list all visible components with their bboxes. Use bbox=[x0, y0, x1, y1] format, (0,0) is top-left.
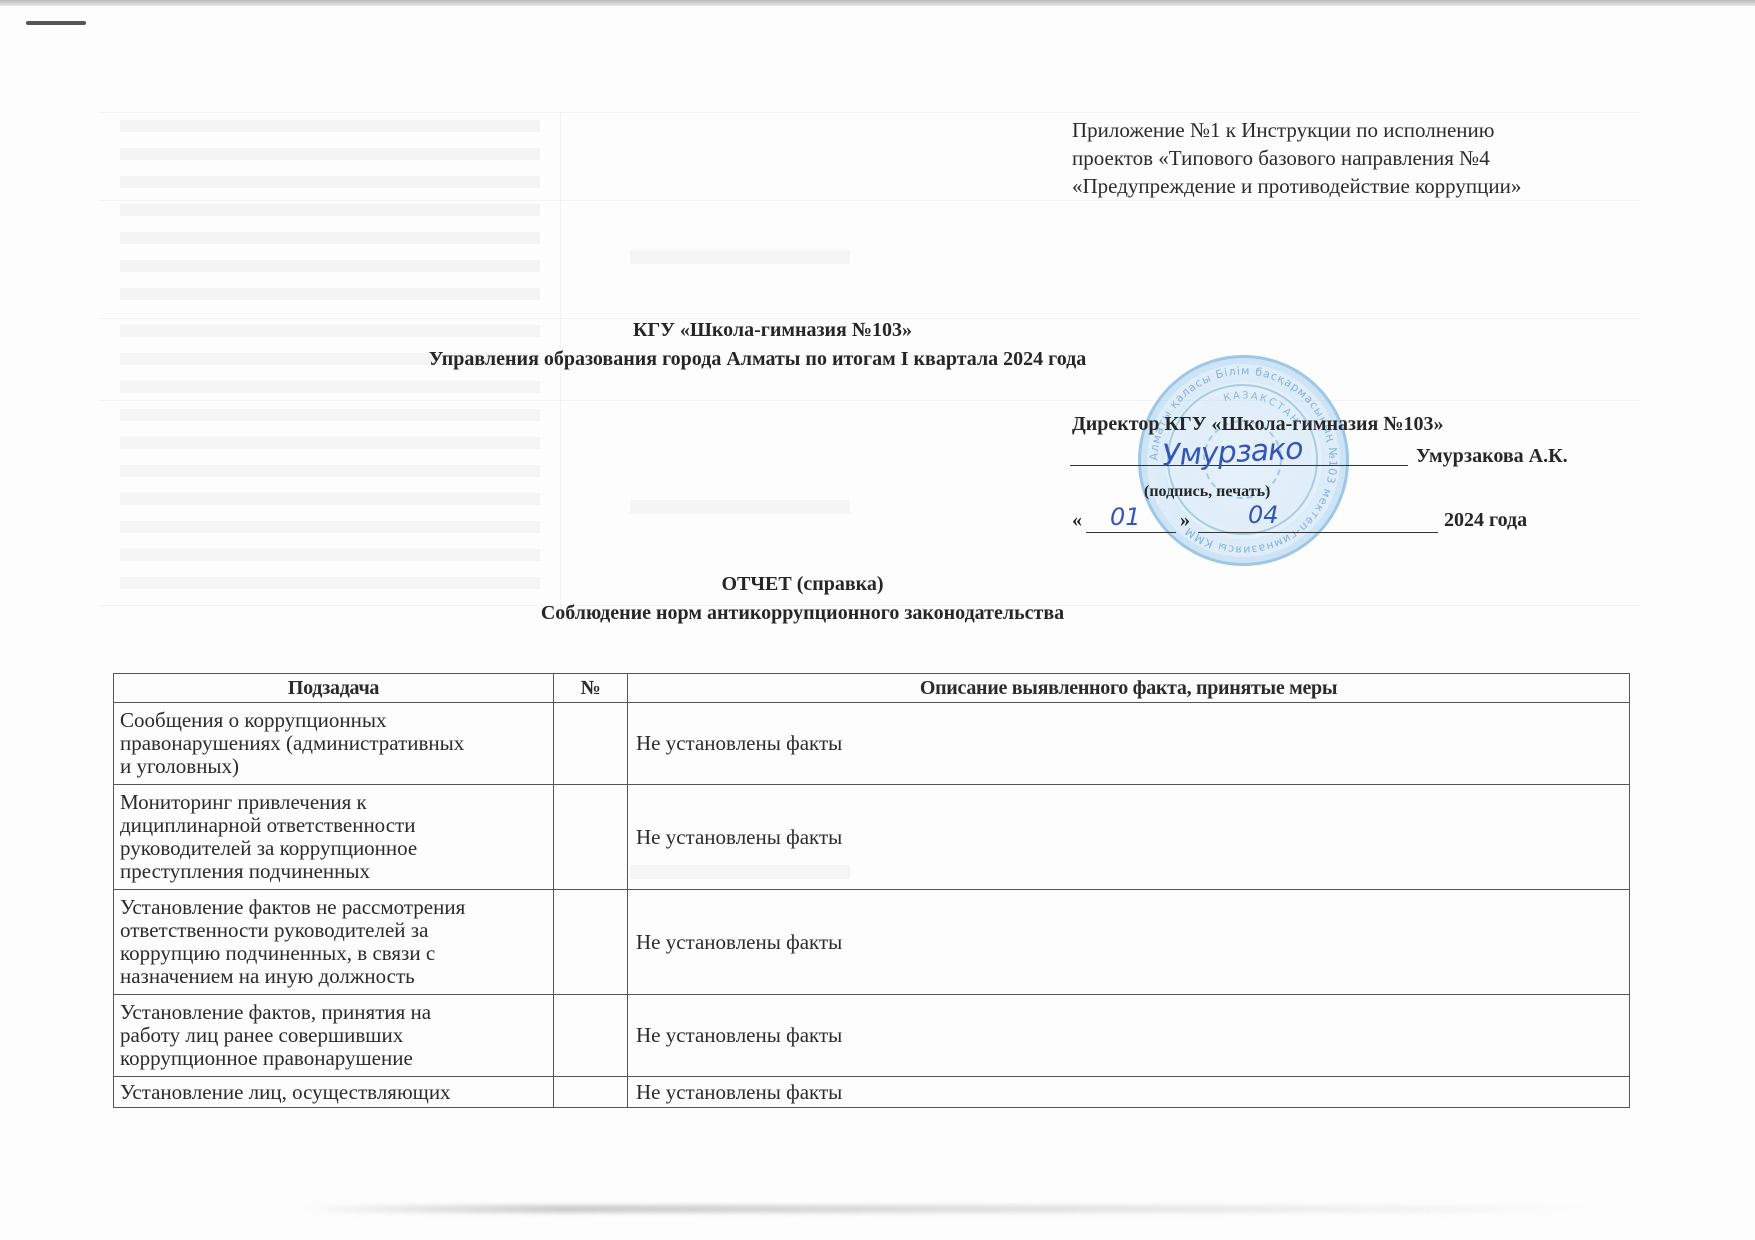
result-cell: Не установлены факты bbox=[628, 1077, 1630, 1108]
number-cell bbox=[554, 890, 628, 995]
number-cell bbox=[554, 785, 628, 890]
report-subtitle: Соблюдение норм антикоррупционного закон… bbox=[0, 599, 1755, 628]
handwritten-month: 04 bbox=[1248, 501, 1279, 529]
organization-heading: КГУ «Школа-гимназия №103» Управления обр… bbox=[0, 316, 1755, 374]
appendix-line: проектов «Типового базового направления … bbox=[1072, 144, 1521, 172]
table-row: Сообщения о коррупционных правонарушения… bbox=[114, 703, 1630, 785]
report-heading: ОТЧЕТ (справка) Соблюдение норм антикорр… bbox=[0, 570, 1755, 628]
table-row: Установление лиц, осуществляющих Не уста… bbox=[114, 1077, 1630, 1108]
report-title: ОТЧЕТ (справка) bbox=[0, 570, 1755, 599]
header-subtask: Подзадача bbox=[114, 674, 554, 703]
handwritten-day: 01 bbox=[1110, 503, 1141, 531]
subtask-line: правонарушениях (административных bbox=[120, 732, 547, 755]
appendix-line: «Предупреждение и противодействие корруп… bbox=[1072, 172, 1521, 200]
number-cell bbox=[554, 1077, 628, 1108]
table-header-row: Подзадача № Описание выявленного факта, … bbox=[114, 674, 1630, 703]
subtask-line: преступления подчиненных bbox=[120, 860, 547, 883]
director-name: Умурзакова А.К. bbox=[1416, 445, 1568, 468]
subtask-line: руководителей за коррупционное bbox=[120, 837, 547, 860]
table-row: Установление фактов, принятия на работу … bbox=[114, 995, 1630, 1077]
appendix-reference: Приложение №1 к Инструкции по исполнению… bbox=[1072, 116, 1521, 200]
director-title: Директор КГУ «Школа-гимназия №103» bbox=[1072, 413, 1443, 436]
subtask-cell: Сообщения о коррупционных правонарушения… bbox=[114, 703, 554, 785]
month-line bbox=[1198, 532, 1438, 533]
signature-caption: (подпись, печать) bbox=[1144, 483, 1270, 501]
report-table: Подзадача № Описание выявленного факта, … bbox=[113, 673, 1630, 1108]
approval-date: « 01 » 04 2024 года bbox=[1072, 509, 1572, 539]
date-quote-open: « bbox=[1072, 509, 1082, 532]
table-row: Мониторинг привлечения к дициплинарной о… bbox=[114, 785, 1630, 890]
subtask-line: коррупционное правонарушение bbox=[120, 1047, 547, 1070]
table-row: Установление фактов не рассмотрения отве… bbox=[114, 890, 1630, 995]
scan-edge-bottom bbox=[300, 1205, 1600, 1213]
subtask-line: коррупцию подчиненных, в связи с bbox=[120, 942, 547, 965]
subtask-line: и уголовных) bbox=[120, 755, 547, 778]
subtask-line: Сообщения о коррупционных bbox=[120, 709, 547, 732]
subtask-line: назначением на иную должность bbox=[120, 965, 547, 988]
subtask-line: Установление фактов не рассмотрения bbox=[120, 896, 547, 919]
scan-mark bbox=[26, 21, 86, 25]
organization-name: КГУ «Школа-гимназия №103» bbox=[0, 316, 1755, 345]
subtask-cell: Установление фактов, принятия на работу … bbox=[114, 995, 554, 1077]
subtask-line: работу лиц ранее совершивших bbox=[120, 1024, 547, 1047]
header-description: Описание выявленного факта, принятые мер… bbox=[628, 674, 1630, 703]
handwritten-signature: Умурзако bbox=[1161, 431, 1303, 473]
header-number: № bbox=[554, 674, 628, 703]
subtask-line: Мониторинг привлечения к bbox=[120, 791, 547, 814]
scan-edge-top bbox=[0, 0, 1755, 6]
organization-subtitle: Управления образования города Алматы по … bbox=[0, 345, 1755, 374]
number-cell bbox=[554, 703, 628, 785]
day-line bbox=[1086, 532, 1176, 533]
result-cell: Не установлены факты bbox=[628, 785, 1630, 890]
subtask-line: Установление лиц, осуществляющих bbox=[120, 1081, 547, 1104]
appendix-line: Приложение №1 к Инструкции по исполнению bbox=[1072, 116, 1521, 144]
subtask-line: дициплинарной ответственности bbox=[120, 814, 547, 837]
subtask-cell: Мониторинг привлечения к дициплинарной о… bbox=[114, 785, 554, 890]
subtask-cell: Установление фактов не рассмотрения отве… bbox=[114, 890, 554, 995]
subtask-line: ответственности руководителей за bbox=[120, 919, 547, 942]
result-cell: Не установлены факты bbox=[628, 890, 1630, 995]
date-year: 2024 года bbox=[1444, 509, 1527, 532]
number-cell bbox=[554, 995, 628, 1077]
date-quote-close: » bbox=[1180, 509, 1190, 532]
result-cell: Не установлены факты bbox=[628, 995, 1630, 1077]
result-cell: Не установлены факты bbox=[628, 703, 1630, 785]
subtask-cell: Установление лиц, осуществляющих bbox=[114, 1077, 554, 1108]
subtask-line: Установление фактов, принятия на bbox=[120, 1001, 547, 1024]
